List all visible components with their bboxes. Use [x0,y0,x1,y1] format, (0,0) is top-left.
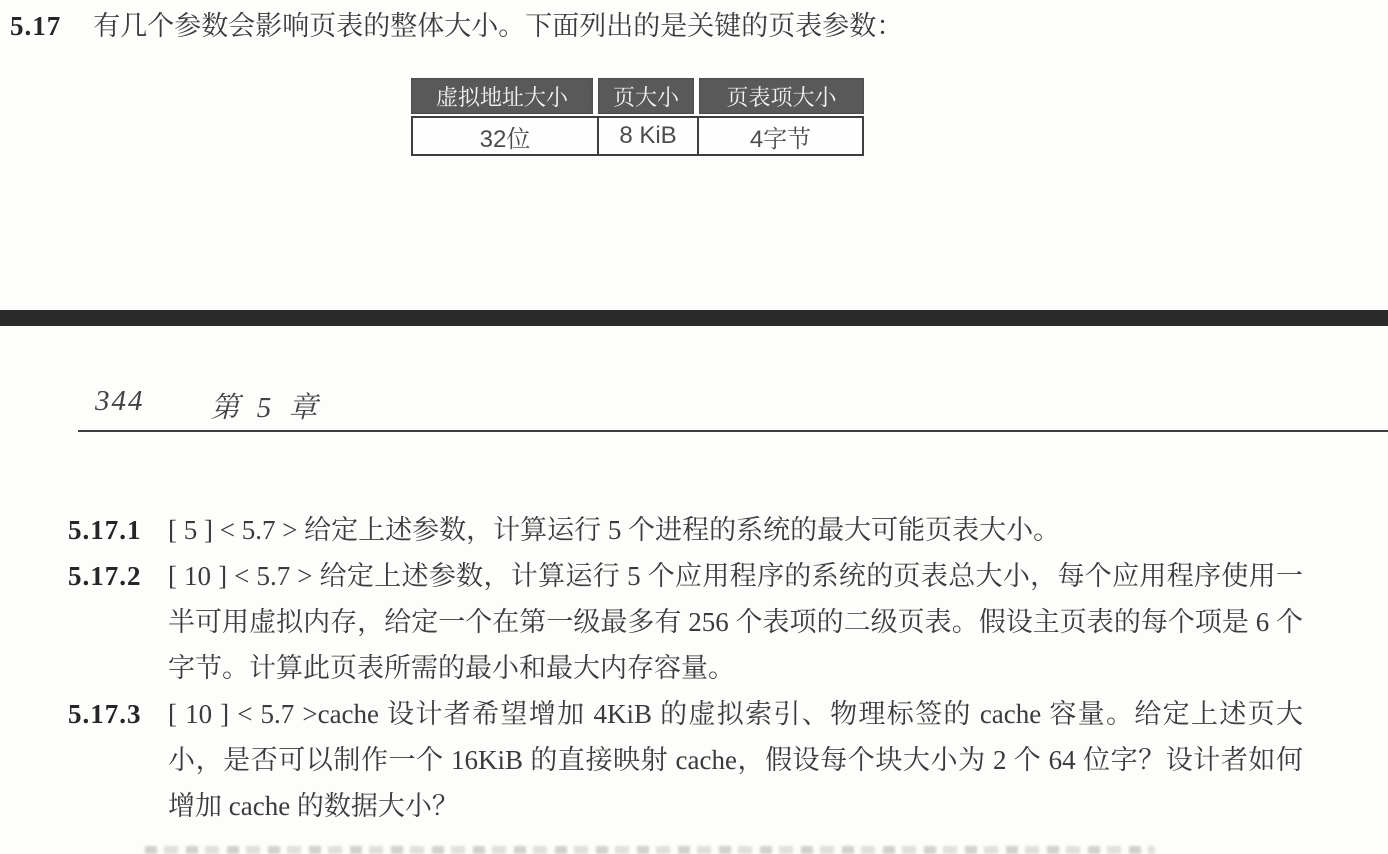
subproblem-number: 5.17.3 [68,691,168,829]
subproblem-5-17-2: 5.17.2 [ 10 ] < 5.7 > 给定上述参数，计算运行 5 个应用程… [68,553,1311,691]
table-header-row: 虚拟地址大小 页大小 页表项大小 [411,78,864,114]
subproblem-text: [ 5 ] < 5.7 > 给定上述参数，计算运行 5 个进程的系统的最大可能页… [168,507,1303,553]
subproblem-text: [ 10 ] < 5.7 > 给定上述参数，计算运行 5 个应用程序的系统的页表… [168,553,1303,691]
header-cell-pte-size: 页表项大小 [699,78,864,114]
page-number: 344 [95,385,145,426]
subproblem-number: 5.17.1 [68,507,168,553]
subproblem-5-17-1: 5.17.1 [ 5 ] < 5.7 > 给定上述参数，计算运行 5 个进程的系… [68,507,1311,553]
value-cell-virtual-address-size: 32位 [413,118,597,154]
subproblem-list: 5.17.1 [ 5 ] < 5.7 > 给定上述参数，计算运行 5 个进程的系… [68,507,1311,829]
cut-off-text-artifact [145,846,1155,854]
page-break-bar [0,310,1388,326]
header-cell-virtual-address-size: 虚拟地址大小 [411,78,593,114]
problem-heading: 5.17 有几个参数会影响页表的整体大小。下面列出的是关键的页表参数： [10,9,1372,43]
value-cell-pte-size: 4字节 [697,118,862,154]
header-cell-page-size: 页大小 [598,78,694,114]
parameters-table: 虚拟地址大小 页大小 页表项大小 32位 8 KiB 4字节 [411,78,864,156]
chapter-title: 第 5 章 [211,385,323,426]
problem-number: 5.17 [10,9,61,43]
subproblem-text: [ 10 ] < 5.7 >cache 设计者希望增加 4KiB 的虚拟索引、物… [168,691,1303,829]
page-header-rule [78,430,1388,432]
problem-text: 有几个参数会影响页表的整体大小。下面列出的是关键的页表参数： [93,9,903,43]
table-row: 32位 8 KiB 4字节 [411,116,864,156]
subproblem-5-17-3: 5.17.3 [ 10 ] < 5.7 >cache 设计者希望增加 4KiB … [68,691,1311,829]
page-header: 344 第 5 章 [95,385,323,426]
subproblem-number: 5.17.2 [68,553,168,691]
value-cell-page-size: 8 KiB [597,118,697,154]
